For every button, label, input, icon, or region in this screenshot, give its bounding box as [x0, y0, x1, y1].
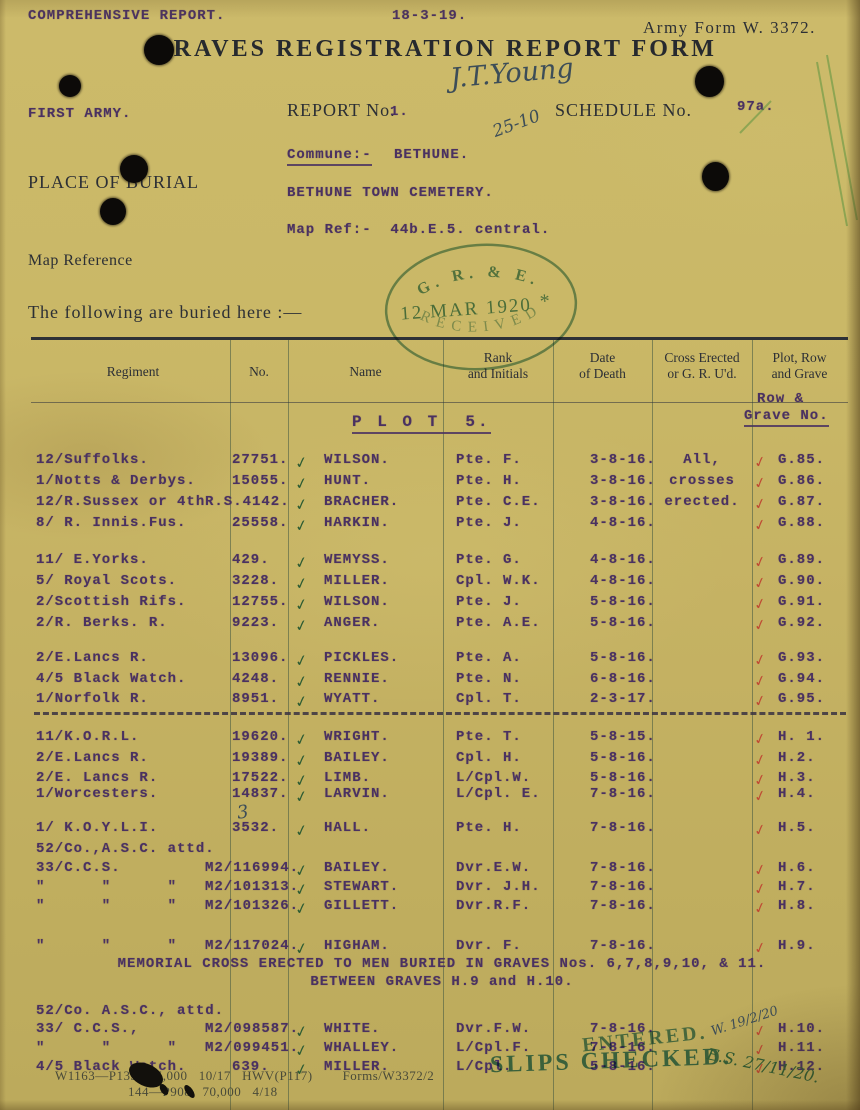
cell-date: 5-8-16.	[590, 770, 656, 786]
table-row: 12/Suffolks.27751.✓WILSON.Pte. F.3-8-16.…	[36, 452, 848, 472]
green-check-icon: ✓	[294, 614, 310, 638]
cell-rank: Cpl. H.	[456, 750, 522, 766]
cell-date: 4-8-16.	[590, 515, 656, 531]
cell-name: LIMB.	[324, 770, 371, 786]
red-check-icon: ✓	[753, 451, 769, 474]
cell-name: HARKIN.	[324, 515, 390, 531]
cell-no: 13096.	[232, 650, 288, 666]
cell-rank: Pte. A.	[456, 650, 522, 666]
table-header-rule	[31, 402, 848, 403]
cell-grave: H.7.	[778, 879, 816, 895]
cell-name: ANGER.	[324, 615, 380, 631]
green-check-icon: ✓	[294, 897, 310, 921]
map-ref-value: Map Ref:- 44b.E.5. central.	[287, 222, 550, 238]
cell-date: 4-8-16.	[590, 552, 656, 568]
cell-grave: G.92.	[778, 615, 825, 631]
table-row: 2/R. Berks. R.9223.✓ANGER.Pte. A.E.5-8-1…	[36, 615, 848, 635]
cell-rank: Dvr. J.H.	[456, 879, 541, 895]
cell-date: 7-8-16.	[590, 860, 656, 876]
table-row: 12/R.Sussex or 4thR.S.4142.✓BRACHER.Pte.…	[36, 494, 848, 514]
cell-name: HIGHAM.	[324, 938, 390, 954]
cell-rank: L/Cpl.W.	[456, 770, 531, 786]
green-check-icon: ✓	[294, 572, 310, 596]
cell-reg: " " "	[36, 938, 177, 954]
green-check-icon: ✓	[294, 451, 310, 475]
cell-no: 19389.	[232, 750, 288, 766]
cell-date: 3-8-16.	[590, 473, 656, 489]
table-row: " " "M2/101326.✓GILLETT.Dvr.R.F.7-8-16.✓…	[36, 898, 848, 918]
table-row: " " "M2/117024.✓HIGHAM.Dvr. F.7-8-16.✓H.…	[36, 938, 848, 958]
schedule-no-label: SCHEDULE No.	[555, 100, 692, 121]
cell-reg: 33/ C.C.S.,	[36, 1021, 139, 1037]
red-check-icon: ✓	[753, 897, 769, 920]
memorial-note: BETWEEN GRAVES H.9 and H.10.	[36, 974, 848, 994]
red-check-icon: ✓	[753, 690, 769, 713]
comprehensive-report-label: COMPREHENSIVE REPORT.	[28, 8, 225, 24]
table-row: 2/E.Lancs R.19389.✓BAILEY.Cpl. H.5-8-16.…	[36, 750, 848, 770]
cell-reg: " " "	[36, 1040, 177, 1056]
cell-name: LARVIN.	[324, 786, 390, 802]
table-row: " " "M2/101313.✓STEWART.Dvr. J.H.7-8-16.…	[36, 879, 848, 899]
cell-date: 7-8-16.	[590, 879, 656, 895]
cell-cross: erected.	[652, 494, 752, 510]
cell-date: 5-8-16.	[590, 615, 656, 631]
punch-hole	[100, 198, 126, 225]
cell-no: 12755.	[232, 594, 288, 610]
cell-name: WHITE.	[324, 1021, 380, 1037]
cell-reg: 5/ Royal Scots.	[36, 573, 177, 589]
schedule-no-value: 97a.	[737, 99, 775, 115]
cell-no: M2/101313.	[205, 879, 299, 895]
cell-rank: Pte. C.E.	[456, 494, 541, 510]
punch-hole	[144, 35, 174, 65]
cell-no: 4248.	[232, 671, 279, 687]
cell-name: HALL.	[324, 820, 371, 836]
commune-label: Commune:-	[287, 147, 372, 166]
red-check-icon: ✓	[753, 551, 769, 574]
cell-date: 2-3-17.	[590, 691, 656, 707]
cell-rank: Pte. T.	[456, 729, 522, 745]
cell-date: 6-8-16.	[590, 671, 656, 687]
cell-reg: 52/Co. A.S.C., attd.	[36, 1003, 224, 1019]
cell-no: 19620.	[232, 729, 288, 745]
green-check-icon: ✓	[294, 728, 310, 752]
cell-reg: " " "	[36, 898, 177, 914]
cell-reg: 11/ E.Yorks.	[36, 552, 149, 568]
cell-date: 7-8-16.	[590, 898, 656, 914]
cell-no: M2/098587.	[205, 1021, 299, 1037]
green-check-icon: ✓	[294, 593, 310, 617]
report-no-value: 1.	[390, 104, 409, 120]
cell-grave: G.87.	[778, 494, 825, 510]
dashed-separator	[34, 712, 846, 715]
cell-no: M2/116994.	[205, 860, 299, 876]
cell-grave: G.86.	[778, 473, 825, 489]
cell-grave: H.8.	[778, 898, 816, 914]
place-of-burial-label: PLACE OF BURIAL	[28, 172, 199, 193]
cell-name: PICKLES.	[324, 650, 399, 666]
cell-grave: H.9.	[778, 938, 816, 954]
cell-grave: G.91.	[778, 594, 825, 610]
cell-date: 5-8-16.	[590, 594, 656, 610]
row-grave-label-line2: Grave No.	[744, 408, 829, 427]
cell-grave: H.5.	[778, 820, 816, 836]
army-form-number: Army Form W. 3372.	[643, 18, 816, 38]
cell-reg: 2/E.Lancs R.	[36, 750, 149, 766]
cell-rank: Pte. H.	[456, 473, 522, 489]
cell-name: RENNIE.	[324, 671, 390, 687]
column-header: No.	[230, 364, 288, 380]
form-title: GRAVES REGISTRATION REPORT FORM	[152, 36, 717, 63]
table-row: 5/ Royal Scots.3228.✓MILLER.Cpl. W.K.4-8…	[36, 573, 848, 593]
cell-grave: H.4.	[778, 786, 816, 802]
red-check-icon: ✓	[753, 614, 769, 637]
cell-grave: H.6.	[778, 860, 816, 876]
cell-rank: Pte. N.	[456, 671, 522, 687]
cell-reg: 1/Notts & Derbys.	[36, 473, 196, 489]
table-row: 4/5 Black Watch.4248.✓RENNIE.Pte. N.6-8-…	[36, 671, 848, 691]
table-row: 1/Worcesters.14837.✓LARVIN.L/Cpl. E.7-8-…	[36, 786, 848, 806]
cell-reg: 2/R. Berks. R.	[36, 615, 168, 631]
cell-name: WILSON.	[324, 594, 390, 610]
punch-hole	[59, 75, 81, 97]
cell-grave: H.3.	[778, 770, 816, 786]
commune-value: BETHUNE.	[394, 147, 469, 163]
cell-reg: 1/Norfolk R.	[36, 691, 149, 707]
green-check-icon: ✓	[294, 514, 310, 538]
table-row: 8/ R. Innis.Fus.25558.✓HARKIN.Pte. J.4-8…	[36, 515, 848, 535]
cell-grave: H.2.	[778, 750, 816, 766]
cell-date: 5-8-15.	[590, 729, 656, 745]
cell-cross: All,	[652, 452, 752, 468]
red-check-icon: ✓	[753, 572, 769, 595]
column-header: Cross Erected or G. R. U'd.	[652, 350, 752, 382]
green-check-icon: ✓	[294, 493, 310, 517]
red-check-icon: ✓	[753, 819, 769, 842]
cell-no: 3228.	[232, 573, 279, 589]
cell-no: M2/099451.	[205, 1040, 299, 1056]
graves-registration-form-scan: COMPREHENSIVE REPORT. 18-3-19. Army Form…	[0, 0, 860, 1110]
cell-grave: H. 1.	[778, 729, 825, 745]
report-no-label: REPORT No.	[287, 100, 396, 121]
cell-date: 4-8-16.	[590, 573, 656, 589]
cell-reg: 12/Suffolks.	[36, 452, 149, 468]
cell-reg: 33/C.C.S.	[36, 860, 121, 876]
green-check-icon: ✓	[294, 649, 310, 673]
handwritten-annotation: 25-10	[490, 106, 543, 142]
cell-reg: 8/ R. Innis.Fus.	[36, 515, 186, 531]
table-row: 11/K.O.R.L.19620.✓WRIGHT.Pte. T.5-8-15.✓…	[36, 729, 848, 749]
cell-grave: G.93.	[778, 650, 825, 666]
cell-reg: 2/Scottish Rifs.	[36, 594, 186, 610]
stamp-star: *	[539, 290, 551, 313]
cell-grave: G.89.	[778, 552, 825, 568]
punch-hole	[120, 155, 148, 183]
memorial-note: MEMORIAL CROSS ERECTED TO MEN BURIED IN …	[36, 956, 848, 976]
report-date: 18-3-19.	[392, 8, 467, 24]
green-check-icon: ✓	[294, 1058, 310, 1082]
red-check-icon: ✓	[753, 593, 769, 616]
cell-rank: Cpl. T.	[456, 691, 522, 707]
cell-no: M2/117024.	[205, 938, 299, 954]
cell-no: 639.	[232, 1059, 270, 1075]
svg-text:G. R. & E.: G. R. & E.	[413, 260, 544, 299]
cell-rank: Pte. F.	[456, 452, 522, 468]
green-check-icon: ✓	[294, 472, 310, 496]
cell-no: 8951.	[232, 691, 279, 707]
cell-grave: H.11.	[778, 1040, 825, 1056]
table-row: 52/Co.,A.S.C. attd.	[36, 841, 848, 861]
cell-name: MILLER.	[324, 1059, 390, 1075]
cell-no: M2/101326.	[205, 898, 299, 914]
cell-reg: 4/5 Black Watch.	[36, 1059, 186, 1075]
received-stamp: G. R. & E. 12 MAR 1920 RECEIVED *	[378, 240, 590, 382]
cell-name: WRIGHT.	[324, 729, 390, 745]
cell-name: BRACHER.	[324, 494, 399, 510]
row-grave-label-line1: Row &	[757, 391, 804, 407]
cell-name: WEMYSS.	[324, 552, 390, 568]
cell-date: 3-8-16.	[590, 452, 656, 468]
cell-no: 14837.	[232, 786, 288, 802]
army-name: FIRST ARMY.	[28, 106, 131, 122]
table-row: 2/E.Lancs R.13096.✓PICKLES.Pte. A.5-8-16…	[36, 650, 848, 670]
cell-grave: G.95.	[778, 691, 825, 707]
table-row: 1/Notts & Derbys.15055.✓HUNT.Pte. H.3-8-…	[36, 473, 848, 493]
table-row: 1/ K.O.Y.L.I.3532.✓HALL.Pte. H.7-8-16.✓H…	[36, 820, 848, 840]
cell-name: BAILEY.	[324, 750, 390, 766]
cell-grave: G.90.	[778, 573, 825, 589]
red-check-icon: ✓	[753, 514, 769, 537]
cell-date: 7-8-16.	[590, 938, 656, 954]
punch-hole	[702, 162, 729, 191]
column-header: Regiment	[36, 364, 230, 380]
buried-here-label: The following are buried here :—	[28, 302, 302, 323]
cell-rank: Pte. H.	[456, 820, 522, 836]
cell-rank: Dvr.R.F.	[456, 898, 531, 914]
cell-reg: 52/Co.,A.S.C. attd.	[36, 841, 215, 857]
green-check-icon: ✓	[294, 690, 310, 714]
cell-no: 27751.	[232, 452, 288, 468]
cemetery-name: BETHUNE TOWN CEMETERY.	[287, 185, 494, 201]
cell-reg: 11/K.O.R.L.	[36, 729, 139, 745]
cell-rank: Dvr.F.W.	[456, 1021, 531, 1037]
table-row: 11/ E.Yorks.429.✓WEMYSS.Pte. G.4-8-16.✓G…	[36, 552, 848, 572]
cell-name: WILSON.	[324, 452, 390, 468]
cell-reg: 12/R.Sussex or 4th	[36, 494, 205, 510]
punch-hole	[695, 66, 724, 97]
cell-grave: G.85.	[778, 452, 825, 468]
cell-cross: crosses	[652, 473, 752, 489]
cell-reg: 2/E. Lancs R.	[36, 770, 158, 786]
green-check-icon: ✓	[294, 551, 310, 575]
red-check-icon: ✓	[753, 493, 769, 516]
table-row: 2/Scottish Rifs.12755.✓WILSON.Pte. J.5-8…	[36, 594, 848, 614]
cell-date: 7-8-16.	[590, 820, 656, 836]
cell-reg: 1/Worcesters.	[36, 786, 158, 802]
green-check-icon: ✓	[294, 785, 310, 809]
table-row: 33/C.C.S.M2/116994.✓BAILEY.Dvr.E.W.7-8-1…	[36, 860, 848, 880]
cell-no: R.S.4142.	[205, 494, 290, 510]
cell-reg: 1/ K.O.Y.L.I.	[36, 820, 158, 836]
cell-name: HUNT.	[324, 473, 371, 489]
cell-rank: Dvr. F.	[456, 938, 522, 954]
column-header: Plot, Row and Grave	[752, 350, 847, 382]
cell-name: WYATT.	[324, 691, 380, 707]
red-check-icon: ✓	[753, 649, 769, 672]
cell-reg: 2/E.Lancs R.	[36, 650, 149, 666]
cell-no: 9223.	[232, 615, 279, 631]
red-check-icon: ✓	[753, 728, 769, 751]
cell-reg: " " "	[36, 879, 177, 895]
cell-grave: H.10.	[778, 1021, 825, 1037]
table-row: 1/Norfolk R.8951.✓WYATT.Cpl. T.2-3-17.✓G…	[36, 691, 848, 711]
cell-no: 429.	[232, 552, 270, 568]
red-check-icon: ✓	[753, 472, 769, 495]
green-check-icon: ✓	[294, 819, 310, 843]
cell-rank: Pte. G.	[456, 552, 522, 568]
cell-name: GILLETT.	[324, 898, 399, 914]
plot-heading: P L O T 5.	[352, 413, 491, 434]
map-reference-label: Map Reference	[28, 252, 133, 270]
cell-grave: G.88.	[778, 515, 825, 531]
cell-date: 5-8-16.	[590, 650, 656, 666]
cell-name: BAILEY.	[324, 860, 390, 876]
cell-rank: Dvr.E.W.	[456, 860, 531, 876]
red-check-icon: ✓	[753, 785, 769, 808]
cell-date: 7-8-16.	[590, 786, 656, 802]
cell-rank: Pte. J.	[456, 594, 522, 610]
cell-no: 15055.	[232, 473, 288, 489]
cell-date: 3-8-16.	[590, 494, 656, 510]
cell-rank: L/Cpl. E.	[456, 786, 541, 802]
cell-name: MILLER.	[324, 573, 390, 589]
cell-rank: Pte. J.	[456, 515, 522, 531]
cell-rank: Pte. A.E.	[456, 615, 541, 631]
cell-grave: G.94.	[778, 671, 825, 687]
cell-no: 17522.	[232, 770, 288, 786]
stamp-top-text: G. R. & E.	[413, 260, 544, 299]
cell-date: 5-8-16.	[590, 750, 656, 766]
cell-name: STEWART.	[324, 879, 399, 895]
cell-name: WHALLEY.	[324, 1040, 399, 1056]
cell-rank: Cpl. W.K.	[456, 573, 541, 589]
cell-reg: 4/5 Black Watch.	[36, 671, 186, 687]
cell-no: 25558.	[232, 515, 288, 531]
